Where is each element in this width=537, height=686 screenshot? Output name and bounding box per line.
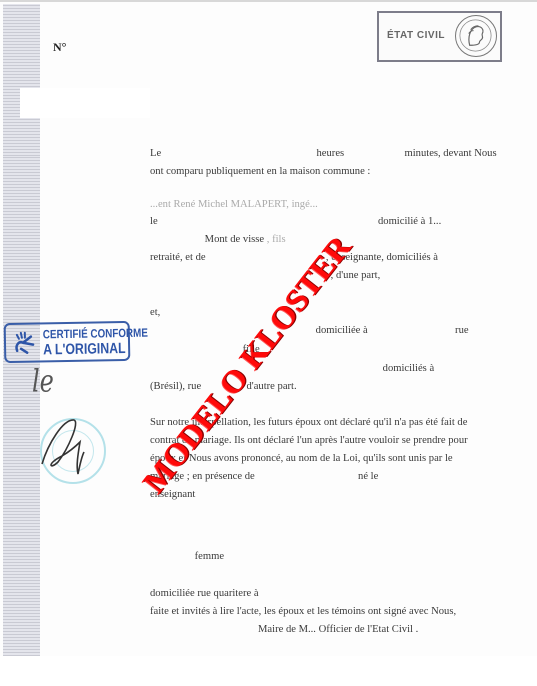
text-line: le domicilié à 1... [150,215,441,229]
marianne-medallion-icon [455,15,497,57]
text-fragment: domiciliés à [383,363,434,374]
document-page: N° ÉTAT CIVIL Le heures minutes, devant … [0,0,537,656]
text-fragment: retraité, et de [150,252,206,263]
text-line: , d'une part, [150,269,380,283]
text-fragment: né le [358,471,378,482]
text-line: ...ent René Michel MALAPERT, ingé... [150,198,318,212]
text-line: ont comparu publiquement en la maison co… [150,165,370,179]
certified-conforme-stamp: CERTIFIÉ CONFORME A L'ORIGINAL [4,321,131,363]
text-fragment: heures [317,148,345,159]
certified-line-1: CERTIFIÉ CONFORME [43,326,148,342]
text-fragment: (Brésil), rue [150,381,201,392]
text-fragment: le [150,216,158,227]
text-line: domiciliée rue quaritere à [150,587,259,601]
record-number-label: N° [53,40,66,55]
text-fragment: Mont de visse [205,234,264,245]
text-line: et, [150,306,160,320]
etat-civil-stamp: ÉTAT CIVIL [377,11,502,62]
text-line: retraité, et de , enseignante, domicilié… [150,251,438,265]
text-fragment: minutes, devant Nous [404,148,496,159]
redaction-block [20,88,150,118]
text-fragment: domiciliée à [316,325,368,336]
text-line: domiciliés à [150,362,434,376]
etat-civil-label: ÉTAT CIVIL [387,30,445,41]
text-fragment: domicilié à 1... [378,216,441,227]
signature-icon [28,404,108,484]
text-line: Le heures minutes, devant Nous [150,147,497,161]
hand-icon [11,328,39,356]
text-fragment: , fils [267,234,286,245]
handwritten-note: le [32,363,54,399]
text-line: faite et invités à lire l'acte, les épou… [150,605,456,619]
text-fragment: Le [150,148,161,159]
text-line: Mont de visse , fils [150,233,286,247]
security-margin-strip [3,4,40,156]
text-line: domiciliée à rue [150,324,469,338]
text-fragment: rue [455,325,469,336]
certified-line-2: A L'ORIGINAL [43,340,126,358]
text-fragment: femme [195,551,224,562]
text-line: Maire de M... Officier de l'Etat Civil . [258,623,418,637]
text-line: femme [150,550,224,564]
